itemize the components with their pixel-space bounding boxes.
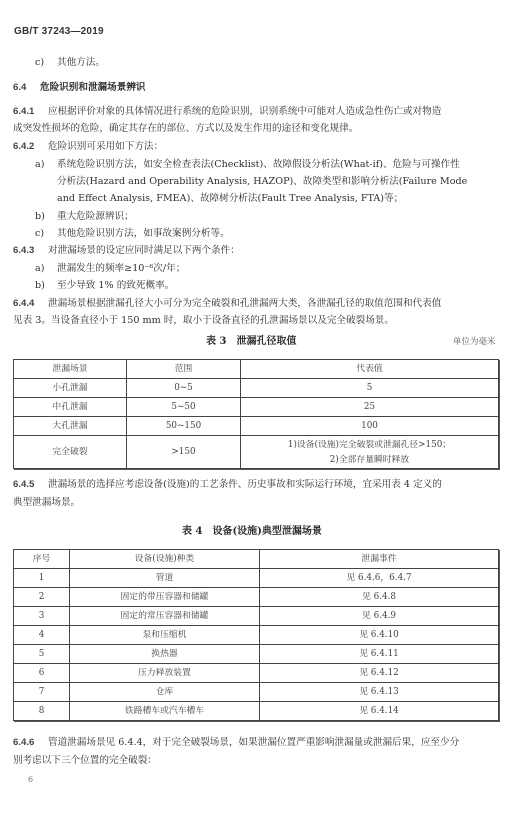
page-number: 6 xyxy=(28,772,33,787)
table-cell: 2 xyxy=(14,588,70,607)
standard-id: GB/T 37243—2019 xyxy=(14,24,104,39)
list-item-text: 其他危险识别方法，如事故案例分析等。 xyxy=(57,226,230,241)
table-cell: 6 xyxy=(14,664,70,683)
paragraph-line: 别考虑以下三个位置的完全破裂： xyxy=(13,753,157,768)
section-title: 危险识别和泄漏场景辨识 xyxy=(40,80,146,95)
list-item-text: 至少导致 1% 的致死概率。 xyxy=(57,278,174,293)
cell-line: 1)设备(设施)完全破裂或泄漏孔径>150； xyxy=(241,439,498,451)
table-header-row: 序号 设备(设施)种类 泄漏事件 xyxy=(14,550,499,569)
table-cell: 1 xyxy=(14,569,70,588)
table-row: 中孔泄漏 5~50 25 xyxy=(14,398,499,417)
clause-number: 6.4.5 xyxy=(13,477,34,492)
header-cell: 范围 xyxy=(127,360,241,379)
list-item-text: 分析法(Hazard and Operability Analysis, HAZ… xyxy=(57,174,467,189)
table-row: 7 仓库 见 6.4.13 xyxy=(14,683,499,702)
table-cell: 1)设备(设施)完全破裂或泄漏孔径>150； 2)全部存量瞬时释放 xyxy=(241,436,499,469)
table-cell: >150 xyxy=(127,436,241,469)
clause-number: 6.4.4 xyxy=(13,296,34,311)
table-cell: 7 xyxy=(14,683,70,702)
table-cell: 小孔泄漏 xyxy=(14,379,127,398)
table-cell: 仓库 xyxy=(70,683,260,702)
table-header-row: 泄漏场景 范围 代表值 xyxy=(14,360,499,379)
header-cell: 代表值 xyxy=(241,360,499,379)
table-cell: 见 6.4.6，6.4.7 xyxy=(260,569,499,588)
table-cell: 见 6.4.11 xyxy=(260,645,499,664)
table-cell: 8 xyxy=(14,702,70,721)
table-cell: 固定的带压容器和储罐 xyxy=(70,588,260,607)
unit-note: 单位为毫米 xyxy=(453,335,496,350)
list-item-text: and Effect Analysis, FMEA)、故障树分析法(Fault … xyxy=(57,191,403,206)
table-cell: 压力释放装置 xyxy=(70,664,260,683)
table-cell: 见 6.4.12 xyxy=(260,664,499,683)
table-row: 2 固定的带压容器和储罐 见 6.4.8 xyxy=(14,588,499,607)
clause-number: 6.4.1 xyxy=(13,104,34,119)
table-row: 1 管道 见 6.4.6，6.4.7 xyxy=(14,569,499,588)
table-cell: 泵和压缩机 xyxy=(70,626,260,645)
list-item-text: 系统危险识别方法，如安全检查表法(Checklist)、故障假设分析法(What… xyxy=(57,157,460,172)
table-cell: 见 6.4.10 xyxy=(260,626,499,645)
table-caption: 表 3 泄漏孔径取值 xyxy=(206,334,296,349)
header-cell: 泄漏场景 xyxy=(14,360,127,379)
table-cell: 固定的常压容器和储罐 xyxy=(70,607,260,626)
table-cell: 5 xyxy=(241,379,499,398)
table-cell: 管道 xyxy=(70,569,260,588)
paragraph-line: 见表 3。当设备直径小于 150 mm 时，取小于设备直径的孔泄漏场景以及完全破… xyxy=(13,313,394,328)
paragraph-line: 应根据评价对象的具体情况进行系统的危险识别，识别系统中可能对人造成急性伤亡或对物… xyxy=(48,104,441,119)
table-row: 4 泵和压缩机 见 6.4.10 xyxy=(14,626,499,645)
clause-number: 6.4.2 xyxy=(13,139,34,154)
list-marker: b) xyxy=(35,209,45,224)
table-row: 大孔泄漏 50~150 100 xyxy=(14,417,499,436)
header-cell: 序号 xyxy=(14,550,70,569)
paragraph-line: 对泄漏场景的设定应同时满足以下两个条件： xyxy=(48,243,240,258)
list-marker: a) xyxy=(35,261,44,276)
table-row: 3 固定的常压容器和储罐 见 6.4.9 xyxy=(14,607,499,626)
header-cell: 设备(设施)种类 xyxy=(70,550,260,569)
table-cell: 见 6.4.9 xyxy=(260,607,499,626)
table-caption: 表 4 设备(设施)典型泄漏场景 xyxy=(182,524,322,539)
table-leak-aperture: 泄漏场景 范围 代表值 小孔泄漏 0~5 5 中孔泄漏 5~50 25 大孔泄漏… xyxy=(13,359,499,469)
clause-number: 6.4.3 xyxy=(13,243,34,258)
clause-number: 6.4.6 xyxy=(13,735,34,750)
table-cell: 见 6.4.8 xyxy=(260,588,499,607)
table-row: 6 压力释放装置 见 6.4.12 xyxy=(14,664,499,683)
paragraph-line: 管道泄漏场景见 6.4.4，对于完全破裂场景，如果泄漏位置严重影响泄漏量或泄漏后… xyxy=(48,735,459,750)
table-typical-leak-scenarios: 序号 设备(设施)种类 泄漏事件 1 管道 见 6.4.6，6.4.7 2 固定… xyxy=(13,549,499,721)
table-cell: 完全破裂 xyxy=(14,436,127,469)
table-cell: 见 6.4.13 xyxy=(260,683,499,702)
table-cell: 4 xyxy=(14,626,70,645)
section-number: 6.4 xyxy=(13,80,26,95)
list-marker: c) xyxy=(35,226,44,241)
table-cell: 5 xyxy=(14,645,70,664)
table-cell: 中孔泄漏 xyxy=(14,398,127,417)
header-cell: 泄漏事件 xyxy=(260,550,499,569)
paragraph-line: 危险识别可采用如下方法： xyxy=(48,139,163,154)
table-cell: 大孔泄漏 xyxy=(14,417,127,436)
paragraph-line: 泄漏场景的选择应考虑设备(设施)的工艺条件、历史事故和实际运行环境，宜采用表 4… xyxy=(48,477,442,492)
paragraph-line: 成突发性损坏的危险，确定其存在的部位、方式以及发生作用的途径和变化规律。 xyxy=(13,121,358,136)
list-item-text: 重大危险源辨识； xyxy=(57,209,134,224)
table-cell: 3 xyxy=(14,607,70,626)
table-cell: 换热器 xyxy=(70,645,260,664)
table-cell: 50~150 xyxy=(127,417,241,436)
table-cell: 25 xyxy=(241,398,499,417)
table-cell: 0~5 xyxy=(127,379,241,398)
cell-line: 2)全部存量瞬时释放 xyxy=(241,454,498,466)
list-marker: a) xyxy=(35,157,44,172)
table-cell: 5~50 xyxy=(127,398,241,417)
paragraph-line: 泄漏场景根据泄漏孔径大小可分为完全破裂和孔泄漏两大类，各泄漏孔径的取值范围和代表… xyxy=(48,296,441,311)
table-row: 小孔泄漏 0~5 5 xyxy=(14,379,499,398)
table-row: 5 换热器 见 6.4.11 xyxy=(14,645,499,664)
table-cell: 见 6.4.14 xyxy=(260,702,499,721)
list-item-text: 泄漏发生的频率≥10⁻⁶次/年； xyxy=(57,261,185,276)
table-cell: 100 xyxy=(241,417,499,436)
paragraph-line: 典型泄漏场景。 xyxy=(13,495,80,510)
list-marker: b) xyxy=(35,278,45,293)
table-cell: 铁路槽车或汽车槽车 xyxy=(70,702,260,721)
list-marker: c) xyxy=(35,55,44,70)
list-item-text: 其他方法。 xyxy=(57,55,105,70)
table-row: 完全破裂 >150 1)设备(设施)完全破裂或泄漏孔径>150； 2)全部存量瞬… xyxy=(14,436,499,469)
table-row: 8 铁路槽车或汽车槽车 见 6.4.14 xyxy=(14,702,499,721)
